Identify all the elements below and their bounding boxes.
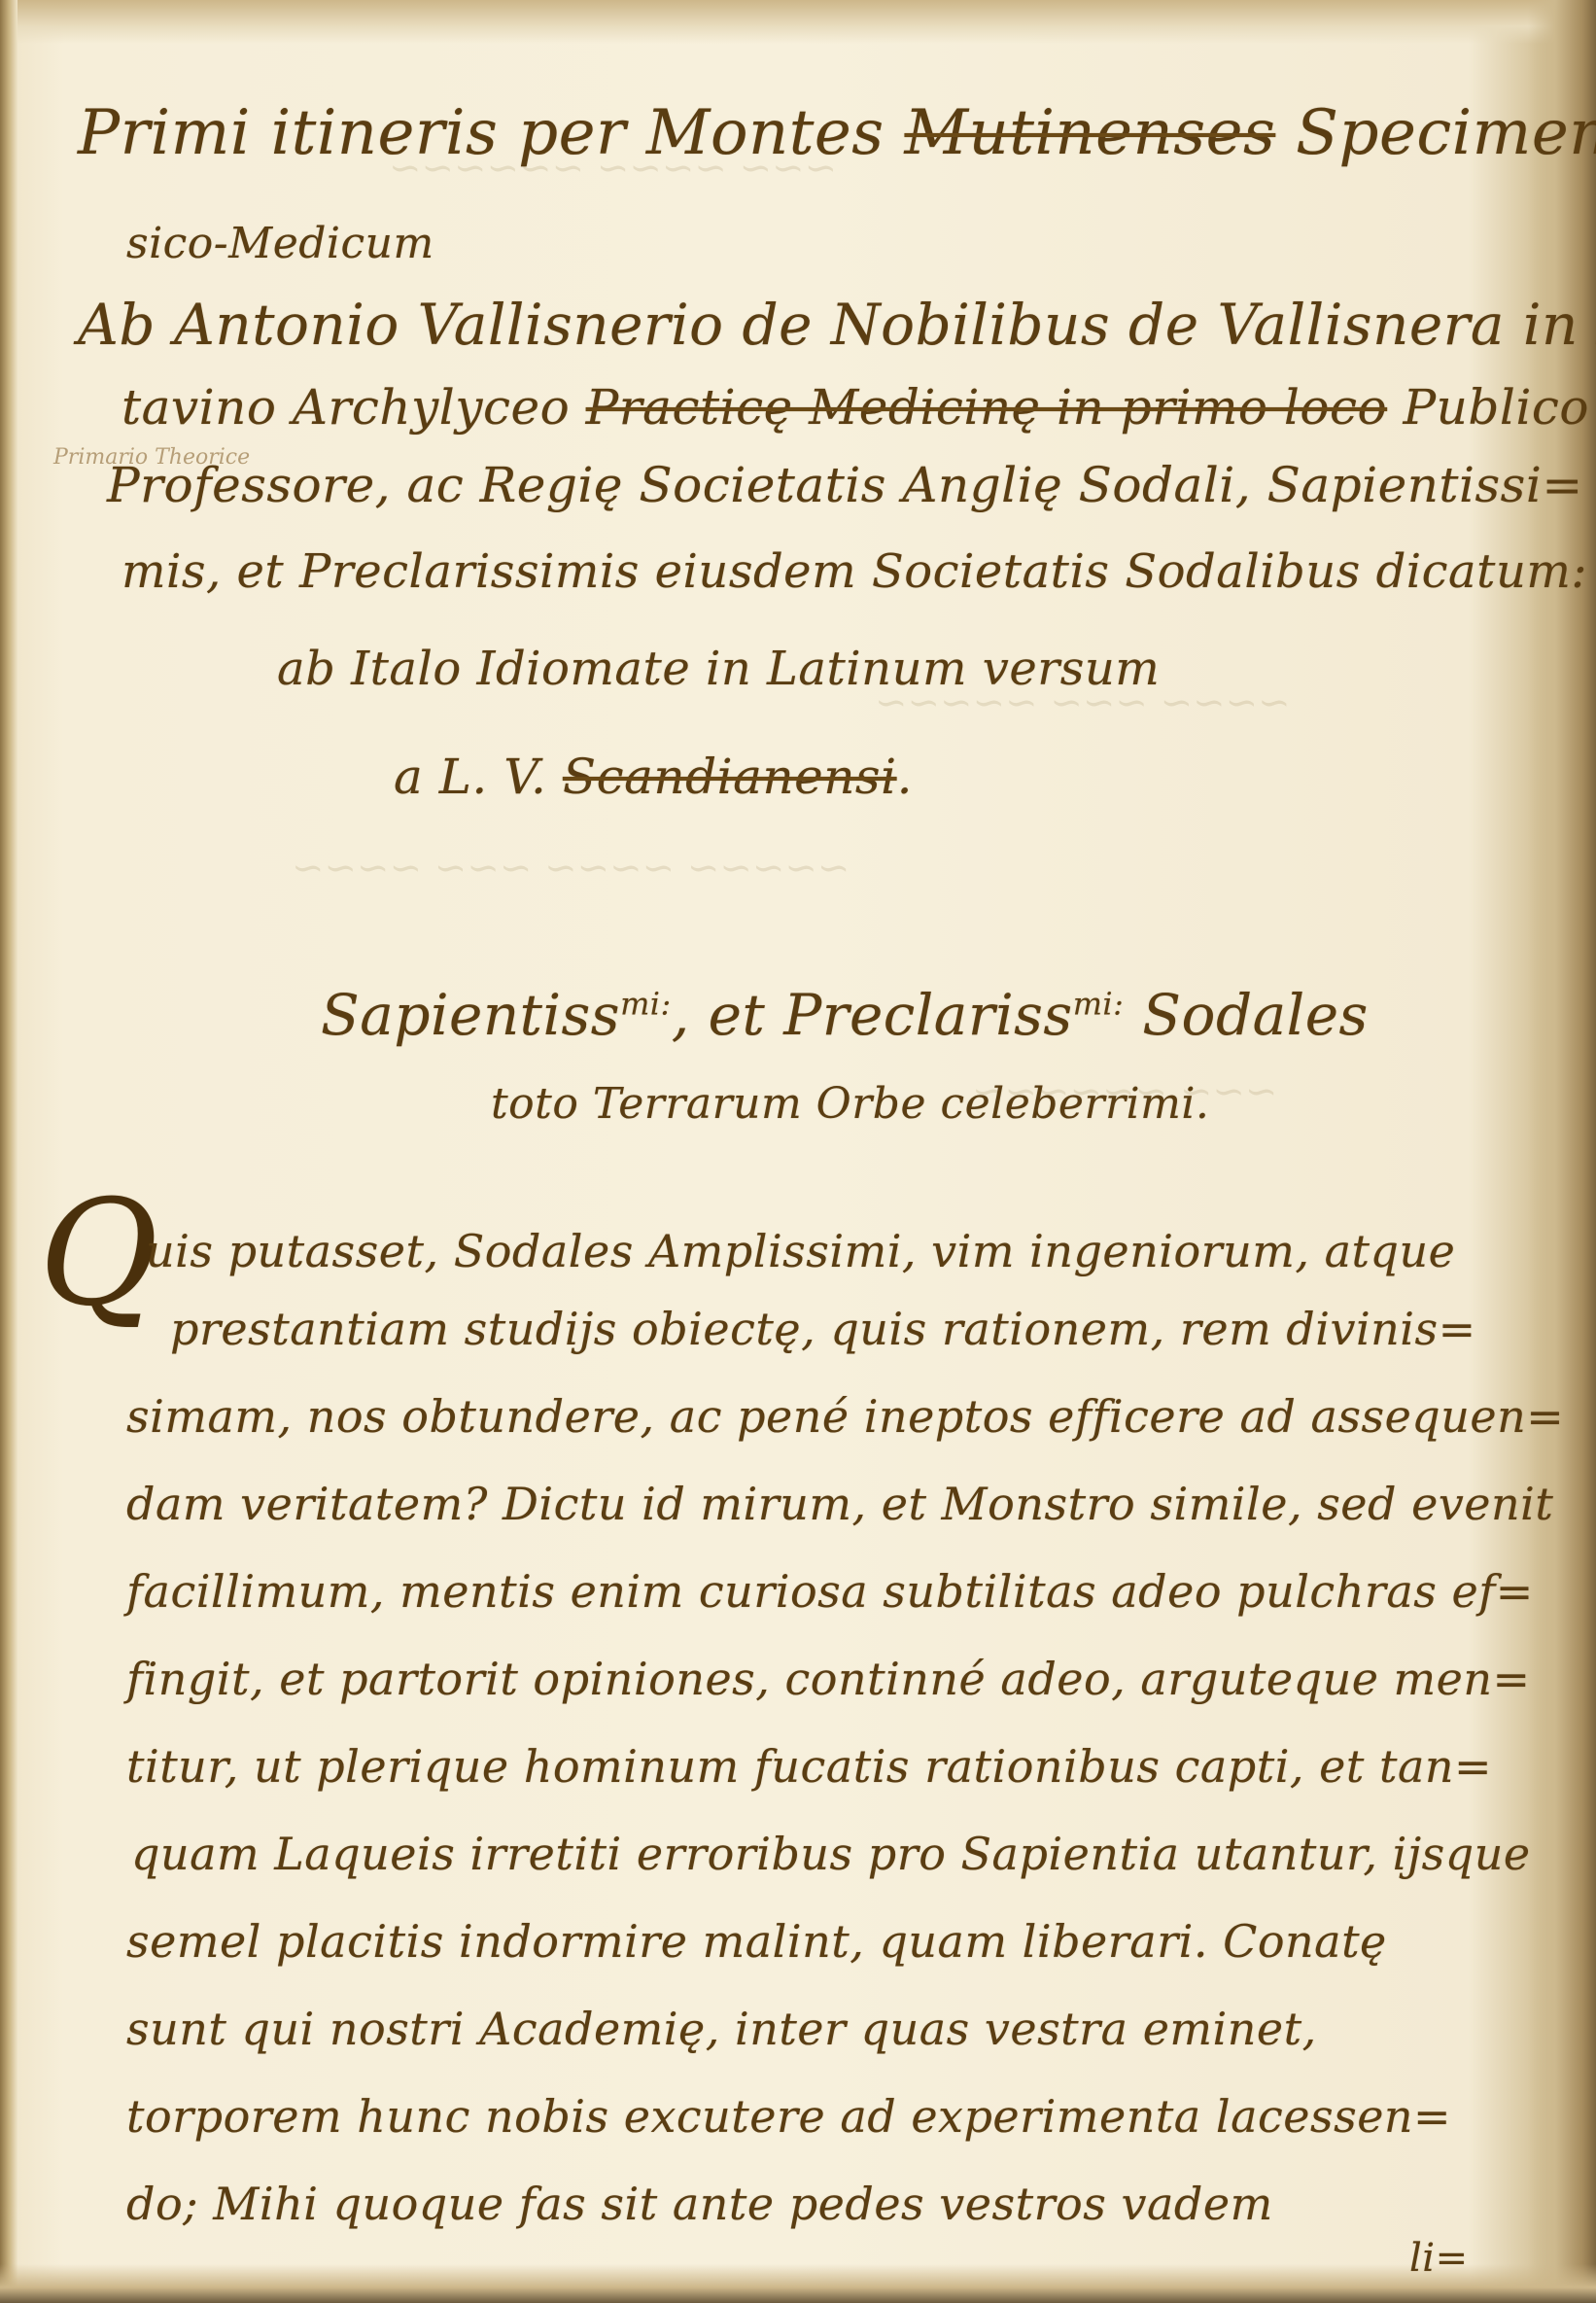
body-line: prestantiam studijs obiectę, quis ration…: [170, 1303, 1476, 1355]
title-text: mis, et Preclarissimis eiusdem Societati…: [121, 544, 1587, 599]
drop-cap: Q: [39, 1181, 158, 1327]
translator-line: a L. V. Scandianensi.: [394, 749, 913, 805]
title-line-2: sico-Medicum: [126, 219, 434, 268]
body-line: fingit, et partorit opiniones, continné …: [126, 1653, 1531, 1705]
page-left-edge: [0, 0, 17, 2303]
salutation-text: Sodales: [1124, 982, 1368, 1048]
title-line-1: Primi itineris per Montes Mutinenses Spe…: [78, 97, 1596, 169]
body-line: simam, nos obtundere, ac pené ineptos ef…: [126, 1390, 1564, 1443]
salutation-text: , et Preclariss: [672, 982, 1073, 1048]
title-line-6: mis, et Preclarissimis eiusdem Societati…: [121, 544, 1587, 599]
superscript: mi:: [1073, 986, 1125, 1023]
title-text: sico-Medicum: [126, 219, 434, 268]
body-line: semel placitis indormire malint, quam li…: [126, 1915, 1387, 1968]
salutation-line-2: toto Terrarum Orbe celeberrimi.: [491, 1079, 1209, 1129]
struck-text: Scandianensi: [563, 749, 897, 805]
struck-text: Practicę Medicinę in primo loco: [586, 379, 1387, 436]
body-line: torporem hunc nobis excutere ad experime…: [126, 2090, 1451, 2143]
body-line: do; Mihi quoque fas sit ante pedes vestr…: [126, 2178, 1273, 2230]
title-text: Ab Antonio Vallisnerio de Nobilibus de V…: [78, 292, 1596, 358]
translation-line: ab Italo Idiomate in Latinum versum: [277, 642, 1160, 696]
title-text: Professore, ac Regię Societatis Anglię S…: [107, 457, 1583, 513]
title-text: Specimen Phy=: [1275, 97, 1596, 169]
body-line: titur, ut plerique hominum fucatis ratio…: [126, 1740, 1492, 1793]
page-top-edge: [0, 0, 1596, 44]
manuscript-page: ~~~ ~~~~ ~~~~~~ ~~~~ ~~~ ~~~~~ ~~~~~ ~~~…: [0, 0, 1596, 2303]
body-line: facillimum, mentis enim curiosa subtilit…: [126, 1565, 1534, 1618]
salutation-line-1: Sapientissmi:, et Preclarissmi: Sodales: [321, 982, 1369, 1048]
struck-text: Mutinenses: [904, 97, 1275, 169]
body-line: sunt qui nostri Academię, inter quas ves…: [126, 2003, 1317, 2055]
title-line-4: tavino Archylyceo Practicę Medicinę in p…: [121, 379, 1589, 436]
translator-initials: a L. V.: [394, 749, 563, 805]
body-line: quam Laqueis irretiti erroribus pro Sapi…: [131, 1828, 1531, 1880]
bleed-through: ~~~~~ ~~~~ ~~~ ~~~~: [292, 846, 850, 890]
title-line-5: Professore, ac Regię Societatis Anglię S…: [107, 457, 1583, 513]
title-text: Publico: [1387, 379, 1589, 436]
body-line: dam veritatem? Dictu id mirum, et Monstr…: [126, 1478, 1553, 1530]
title-text: tavino Archylyceo: [121, 379, 586, 436]
salutation-text: Sapientiss: [321, 982, 620, 1048]
superscript: mi:: [620, 986, 672, 1023]
title-line-3: Ab Antonio Vallisnerio de Nobilibus de V…: [78, 292, 1596, 358]
page-bottom-edge: [0, 2264, 1596, 2303]
title-text: Primi itineris per Montes: [78, 97, 904, 169]
translator-text: .: [897, 749, 913, 805]
body-line: uis putasset, Sodales Amplissimi, vim in…: [146, 1225, 1455, 1277]
catchword: li=: [1409, 2236, 1469, 2281]
